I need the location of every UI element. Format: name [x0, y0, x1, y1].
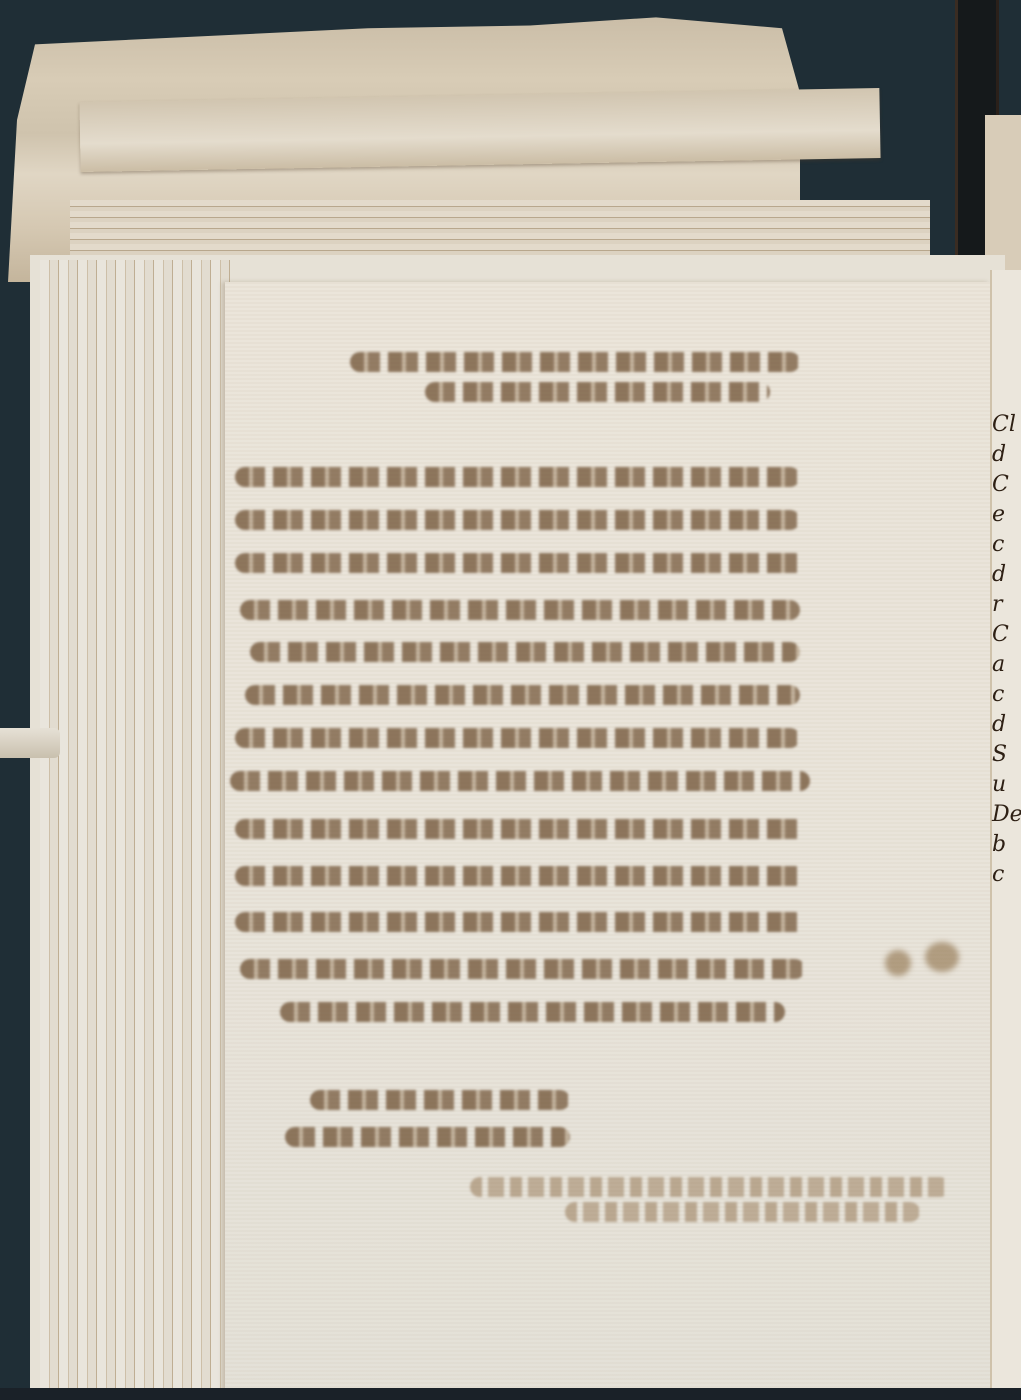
facing-page-top	[985, 115, 1021, 275]
page-edges-left	[40, 260, 230, 1400]
note-line	[565, 1202, 920, 1222]
body-line	[235, 510, 800, 530]
body-line	[230, 771, 810, 791]
closing-line	[285, 1127, 570, 1147]
body-line	[240, 600, 800, 620]
body-line	[235, 866, 805, 886]
margin-mark	[925, 942, 959, 972]
tie-ribbon	[0, 728, 60, 758]
body-line	[235, 912, 805, 932]
body-line	[235, 819, 805, 839]
table-surface	[0, 1388, 1021, 1400]
folded-top-sheet	[79, 88, 880, 172]
header-line	[425, 382, 770, 402]
facing-page-text: Cl d C e c d r C a c d S u De b c	[992, 410, 1021, 890]
body-line	[235, 728, 800, 748]
body-line	[240, 959, 805, 979]
margin-mark	[885, 950, 911, 976]
body-line	[235, 553, 805, 573]
body-line	[250, 642, 800, 662]
body-line	[280, 1002, 785, 1022]
closing-line	[310, 1090, 570, 1110]
body-line	[245, 685, 800, 705]
note-line	[470, 1177, 950, 1197]
body-line	[235, 467, 800, 487]
manuscript-page: 5	[225, 282, 990, 1400]
header-line	[350, 352, 800, 372]
